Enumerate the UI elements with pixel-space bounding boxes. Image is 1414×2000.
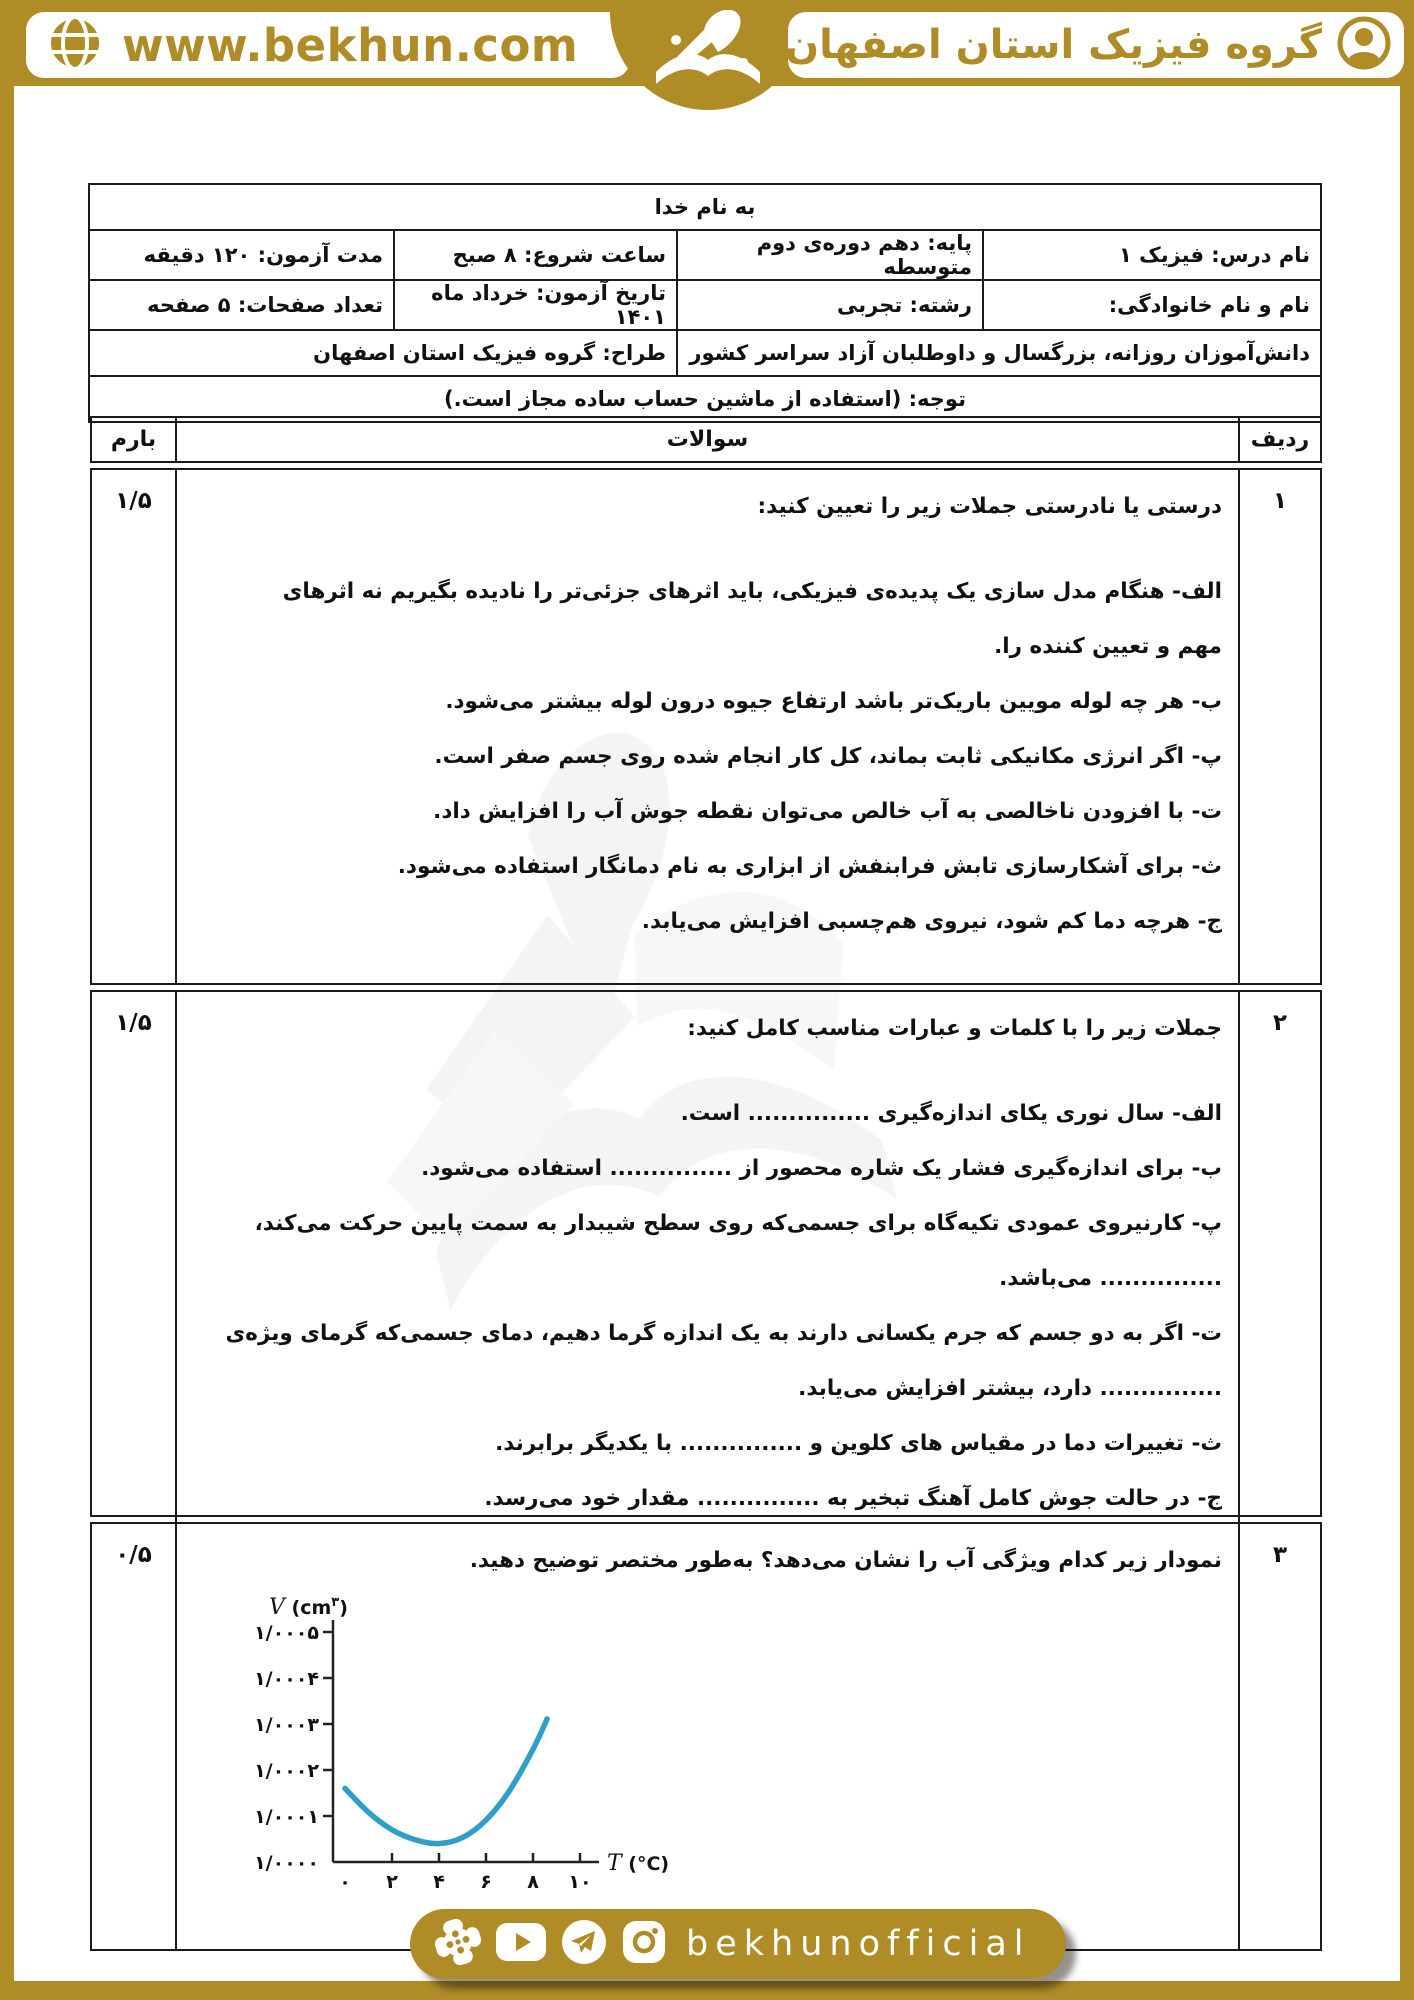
left-gold-border <box>0 80 14 2000</box>
svg-text:۱/۰۰۰۳: ۱/۰۰۰۳ <box>254 1714 319 1736</box>
course-field: نام درس: فیزیک ۱ <box>983 230 1321 280</box>
svg-text:۱/۰۰۰۵: ۱/۰۰۰۵ <box>254 1622 319 1644</box>
pages-field: تعداد صفحات: ۵ صفحه <box>89 280 394 330</box>
audience-field: دانش‌آموزان روزانه، بزرگسال و داوطلبان آ… <box>677 330 1321 376</box>
question-line: ب- برای اندازه‌گیری فشار یک شاره محصور ا… <box>193 1141 1222 1196</box>
avatar-icon <box>1336 15 1392 75</box>
question-line: ............... دارد، بیشتر افزایش می‌یا… <box>193 1361 1222 1416</box>
question-1-number: ۱ <box>1238 470 1320 983</box>
col-header-questions: سوالات <box>175 418 1238 461</box>
question-3-body: نمودار زیر کدام ویژگی آب را نشان می‌دهد؟… <box>175 1524 1238 1949</box>
brand-logo-circle <box>610 0 806 110</box>
major-field: رشته: تجربی <box>677 280 983 330</box>
svg-text:۰: ۰ <box>339 1871 351 1893</box>
question-line: الف- سال نوری یکای اندازه‌گیری .........… <box>193 1086 1222 1141</box>
website-pill: www.bekhun.com <box>26 12 630 78</box>
y-axis-ticks: ۱/۰۰۰۰۱/۰۰۰۱۱/۰۰۰۲۱/۰۰۰۳۱/۰۰۰۴۱/۰۰۰۵ <box>254 1622 333 1874</box>
exam-date-field: تاریخ آزمون: خرداد ماه ۱۴۰۱ <box>394 280 677 330</box>
start-time-field: ساعت شروع: ۸ صبح <box>394 230 677 280</box>
question-line: ب- هر چه لوله مویین باریک‌تر باشد ارتفاع… <box>193 674 1222 729</box>
youtube-icon <box>495 1921 547 1967</box>
question-row-2: ۲ جملات زیر را با کلمات و عبارات مناسب ک… <box>90 990 1322 1517</box>
globe-icon <box>46 14 104 76</box>
question-1-marks: ۱/۵ <box>92 470 175 983</box>
questions-header-row: ردیف سوالات بارم <box>90 416 1322 463</box>
question-line: ج- در حالت جوش کامل آهنگ تبخیر به ......… <box>193 1471 1222 1526</box>
y-axis-label: V (cm۳) <box>269 1595 348 1620</box>
svg-text:۶: ۶ <box>480 1871 492 1893</box>
social-footer-pill: bekhunofficial <box>410 1909 1066 1979</box>
x-axis-ticks: ۰۲۴۶۸۱۰ <box>339 1853 591 1893</box>
question-2-heading: جملات زیر را با کلمات و عبارات مناسب کام… <box>193 1008 1222 1050</box>
question-line: ج- هرچه دما کم شود، نیروی هم‌چسبی افزایش… <box>193 894 1222 949</box>
exam-page: www.bekhun.com گروه <box>0 0 1414 2000</box>
svg-text:۱/۰۰۰۱: ۱/۰۰۰۱ <box>254 1806 319 1828</box>
top-header-bar: www.bekhun.com گروه <box>0 0 1414 86</box>
svg-text:۴: ۴ <box>433 1871 445 1893</box>
group-name: گروه فیزیک استان اصفهان <box>785 22 1322 68</box>
question-2-body: جملات زیر را با کلمات و عبارات مناسب کام… <box>175 992 1238 1526</box>
question-line: ............... می‌باشد. <box>193 1251 1222 1306</box>
exam-info-table: به نام خدا نام درس: فیزیک ۱ پایه: دهم دو… <box>88 183 1322 423</box>
question-row-1: ۱ درستی یا نادرستی جملات زیر را تعیین کن… <box>90 468 1322 985</box>
brand-logo-icon <box>646 10 770 102</box>
question-line: پ- کارنیروی عمودی تکیه‌گاه برای جسمی‌که … <box>193 1196 1222 1251</box>
svg-text:۲: ۲ <box>386 1871 398 1893</box>
duration-field: مدت آزمون: ۱۲۰ دقیقه <box>89 230 394 280</box>
question-2-marks: ۱/۵ <box>92 992 175 1526</box>
designer-field: طراح: گروه فیزیک استان اصفهان <box>89 330 677 376</box>
website-url: www.bekhun.com <box>122 19 578 72</box>
question-line: پ- اگر انرژی مکانیکی ثابت بماند، کل کار … <box>193 729 1222 784</box>
question-3-heading: نمودار زیر کدام ویژگی آب را نشان می‌دهد؟… <box>193 1540 1222 1582</box>
x-axis-label: T (°C) <box>607 1851 669 1876</box>
col-header-marks: بارم <box>92 418 175 461</box>
question-row-3: ۳ نمودار زیر کدام ویژگی آب را نشان می‌ده… <box>90 1522 1322 1951</box>
question-3-marks: ۰/۵ <box>92 1524 175 1949</box>
right-gold-border <box>1400 80 1414 2000</box>
questions-table: ردیف سوالات بارم ۱ درستی یا نادرستی جملا… <box>90 416 1322 1956</box>
svg-text:۱/۰۰۰۴: ۱/۰۰۰۴ <box>254 1668 319 1690</box>
svg-text:۱۰: ۱۰ <box>568 1871 591 1893</box>
svg-text:۱/۰۰۰۲: ۱/۰۰۰۲ <box>254 1760 319 1782</box>
question-2-number: ۲ <box>1238 992 1320 1526</box>
grade-field: پایه: دهم دوره‌ی دوم متوسطه <box>677 230 983 280</box>
aparat-icon <box>434 1918 482 1970</box>
question-1-heading: درستی یا نادرستی جملات زیر را تعیین کنید… <box>193 486 1222 528</box>
student-name-field: نام و نام خانوادگی: <box>983 280 1321 330</box>
question-line: مهم و تعیین کننده را. <box>193 619 1222 674</box>
svg-text:۱/۰۰۰۰: ۱/۰۰۰۰ <box>254 1852 319 1874</box>
question-line: ث- تغییرات دما در مقیاس های کلوین و ....… <box>193 1416 1222 1471</box>
telegram-icon <box>560 1918 608 1970</box>
question-line: ت- اگر به دو جسم که جرم یکسانی دارند به … <box>193 1306 1222 1361</box>
col-header-row-number: ردیف <box>1238 418 1320 461</box>
question-1-body: درستی یا نادرستی جملات زیر را تعیین کنید… <box>175 470 1238 983</box>
bottom-gold-bar <box>0 1981 1414 2000</box>
bismillah: به نام خدا <box>89 184 1321 230</box>
question-3-number: ۳ <box>1238 1524 1320 1949</box>
volume-temperature-chart: V (cm۳) T (°C) ۱/۰۰۰۰۱/۰۰۰۱۱/۰۰۰۲۱/۰۰۰۳۱… <box>207 1590 687 1906</box>
instagram-icon <box>621 1919 667 1969</box>
question-line: ث- برای آشکارسازی تابش فرابنفش از ابزاری… <box>193 839 1222 894</box>
question-line: ت- با افزودن ناخالصی به آب خالص می‌توان … <box>193 784 1222 839</box>
svg-text:۸: ۸ <box>527 1871 539 1893</box>
footer-handle: bekhunofficial <box>686 1924 1031 1964</box>
water-volume-curve <box>345 1719 547 1844</box>
group-pill: گروه فیزیک استان اصفهان <box>788 12 1404 78</box>
question-line: الف- هنگام مدل سازی یک پدیده‌ی فیزیکی، ب… <box>193 564 1222 619</box>
